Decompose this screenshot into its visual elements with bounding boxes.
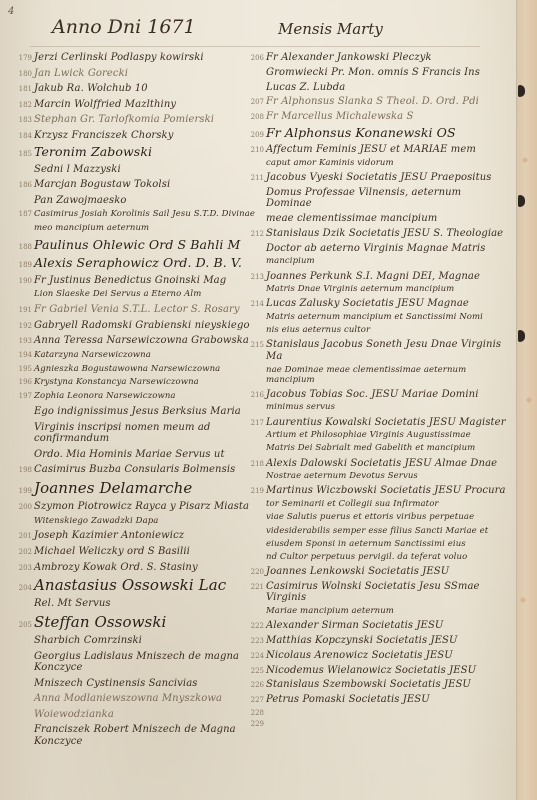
entry-text: Joannes Perkunk S.I. Magni DEI, Magnae (266, 271, 480, 283)
register-entry: 188Paulinus Ohlewic Ord S Bahli M (14, 238, 259, 252)
entry-text: Ambrozy Kowak Ord. S. Stasiny (34, 562, 198, 574)
register-entry: 182Marcin Wolffried Mazlthiny (14, 99, 259, 111)
register-entry: Ego indignissimus Jesus Berksius Maria (14, 406, 259, 418)
entry-number: 198 (14, 466, 32, 474)
entry-text: Georgius Ladislaus Mniszech de magna Kon… (34, 651, 259, 674)
entry-number: 187 (14, 210, 32, 218)
register-entry: Mniszech Cystinensis Sancivias (14, 678, 259, 690)
entry-number: 197 (14, 392, 32, 400)
entry-number: 212 (246, 230, 264, 238)
register-entry: Sedni l Mazzyski (14, 164, 259, 176)
entry-number: 196 (14, 378, 32, 386)
register-entry: Domus Professae Vilnensis, aeternum Domi… (246, 187, 506, 210)
entry-text: Marcjan Bogustaw Tokolsi (34, 179, 170, 191)
register-entry: 205Steffan Ossowski (14, 614, 259, 631)
register-entry: meae clementissimae mancipium (246, 213, 506, 225)
entry-number: 189 (14, 261, 32, 269)
entry-text: Petrus Pomaski Societatis JESU (266, 694, 430, 706)
register-entry: 209Fr Alphonsus Konanewski OS (246, 126, 506, 140)
register-entry: 185Teronim Zabowski (14, 145, 259, 159)
entry-number: 215 (246, 341, 264, 349)
register-entry: nis eius aeternus cultor (246, 326, 506, 336)
entry-text: Domus Professae Vilnensis, aeternum Domi… (266, 187, 506, 210)
entry-text: Gabryell Radomski Grabienski nieyskiego (34, 320, 250, 332)
entry-text: Ordo. Mia Hominis Mariae Servus ut (34, 449, 225, 461)
register-entry: caput amor Kaminis vidorum (246, 159, 506, 169)
entry-text: nae Dominae meae clementissimae aeternum… (266, 366, 506, 386)
page-header: Anno Dni 1671 Mensis Marty (0, 14, 500, 44)
entry-text: Jacobus Tobias Soc. JESU Mariae Domini (266, 389, 479, 401)
entry-text: Lucas Z. Lubda (266, 82, 345, 94)
register-entry: Matris Dnae Virginis aeternum mancipium (246, 285, 506, 295)
entry-text: Rel. Mt Servus (34, 598, 111, 610)
entry-number: 210 (246, 146, 264, 154)
entry-text: Nicolaus Arenowicz Societatis JESU (266, 650, 453, 662)
entry-number: 199 (14, 487, 32, 495)
entry-number: 203 (14, 564, 32, 572)
entry-text: Ego indignissimus Jesus Berksius Maria (34, 406, 241, 418)
register-entry: Pan Zawojmaesko (14, 195, 259, 207)
entry-text: Anna Modlaniewszowna Mnyszkowa (34, 693, 222, 705)
entry-text: Witenskiego Zawadzki Dapa (34, 517, 158, 527)
register-entry: Gromwiecki Pr. Mon. omnis S Francis Ins (246, 67, 506, 79)
entry-text: Agnieszka Bogustawowna Narsewiczowna (34, 365, 220, 375)
register-entry: Doctor ab aeterno Virginis Magnae Matris (246, 243, 506, 255)
register-entry: 214Lucas Zalusky Societatis JESU Magnae (246, 298, 506, 310)
entry-text: Szymon Piotrowicz Rayca y Pisarz Miasta (34, 501, 249, 513)
entry-text: Matris Dei Sabrialt med Gabelith et manc… (266, 444, 475, 454)
entry-text: Anastasius Ossowski Lac (34, 577, 226, 594)
register-entry: Mariae mancipium aeternum (246, 607, 506, 617)
entry-text: Fr Gabriel Venia S.T.L. Lector S. Rosary (34, 304, 240, 316)
entry-text: Matris Dnae Virginis aeternum mancipium (266, 285, 454, 295)
register-entry: 195Agnieszka Bogustawowna Narsewiczowna (14, 365, 259, 375)
entry-number: 191 (14, 306, 32, 314)
entry-text: Fr Marcellus Michalewska S (266, 111, 413, 123)
entry-text: Pan Zawojmaesko (34, 195, 127, 207)
header-rule (30, 46, 480, 47)
entry-number: 183 (14, 116, 32, 124)
register-entry: 213Joannes Perkunk S.I. Magni DEI, Magna… (246, 271, 506, 283)
entry-number: 214 (246, 300, 264, 308)
entry-text: caput amor Kaminis vidorum (266, 159, 394, 169)
manuscript-page: 4 Anno Dni 1671 Mensis Marty 179Jerzi Ce… (0, 0, 537, 800)
entry-text: Michael Weliczky ord S Basilii (34, 546, 190, 558)
entry-number: 195 (14, 365, 32, 373)
register-entry: tor Seminarii et Collegii sua Infirmator (246, 500, 506, 510)
register-entry: 208Fr Marcellus Michalewska S (246, 111, 506, 123)
register-entry: 226Stanislaus Szembowski Societatis JESU (246, 679, 506, 691)
entry-number: 200 (14, 503, 32, 511)
entry-text: Nostrae aeternum Devotus Servus (266, 472, 418, 482)
register-entry: 194Katarzyna Narsewiczowna (14, 351, 259, 361)
entry-text: minimus servus (266, 403, 335, 413)
register-entry: 225Nicodemus Wielanowicz Societatis JESU (246, 665, 506, 677)
entry-number: 229 (246, 720, 264, 728)
entry-text: Franciszek Robert Mniszech de Magna Konc… (34, 724, 259, 747)
entry-text: Martinus Wiczbowski Societatis JESU Proc… (266, 485, 506, 497)
right-column: 206Fr Alexander Jankowski PleczykGromwie… (246, 52, 506, 732)
register-entry: 201Joseph Kazimier Antoniewicz (14, 530, 259, 542)
register-entry: Matris aeternum mancipium et Sanctissimi… (246, 313, 506, 323)
entry-text: Lion Slaeske Dei Servus a Eterno Alm (34, 290, 201, 300)
entry-text: Virginis inscripsi nomen meum ad confirm… (34, 422, 259, 445)
entry-number: 217 (246, 419, 264, 427)
entry-text: Krystyna Konstancya Narsewiczowna (34, 378, 199, 388)
entry-number: 211 (246, 174, 264, 182)
entry-number: 224 (246, 652, 264, 660)
register-entry: nae Dominae meae clementissimae aeternum… (246, 366, 506, 386)
register-entry: Rel. Mt Servus (14, 598, 259, 610)
entry-text: Fr Alexander Jankowski Pleczyk (266, 52, 432, 64)
entry-number: 223 (246, 637, 264, 645)
entry-text: Casimirus Wolnski Societatis Jesu SSmae … (266, 581, 506, 604)
entry-number: 193 (14, 337, 32, 345)
entry-text: Stanislaus Dzik Societatis JESU S. Theol… (266, 228, 503, 240)
entry-number: 185 (14, 150, 32, 158)
entry-number: 216 (246, 391, 264, 399)
entry-number: 225 (246, 667, 264, 675)
register-entry: 197Zophia Leonora Narsewiczowna (14, 392, 259, 402)
register-entry: 192Gabryell Radomski Grabienski nieyskie… (14, 320, 259, 332)
register-entry: meo mancipium aeternum (14, 224, 259, 234)
entry-number: 184 (14, 132, 32, 140)
register-entry: 227Petrus Pomaski Societatis JESU (246, 694, 506, 706)
entry-number: 206 (246, 54, 264, 62)
entry-number: 186 (14, 181, 32, 189)
entry-text: Artium et Philosophiae Virginis Augustis… (266, 431, 471, 441)
entry-text: Casimirus Josiah Korolinis Sail Jesu S.T… (34, 210, 255, 220)
register-entry: Artium et Philosophiae Virginis Augustis… (246, 431, 506, 441)
entry-text: Lucas Zalusky Societatis JESU Magnae (266, 298, 469, 310)
entry-text: Casimirus Buzba Consularis Bolmensis (34, 464, 235, 476)
register-entry: 221Casimirus Wolnski Societatis Jesu SSm… (246, 581, 506, 604)
header-year: Anno Dni 1671 (52, 16, 196, 38)
register-entry: 220Joannes Lenkowski Societatis JESU (246, 566, 506, 578)
register-entry: 219Martinus Wiczbowski Societatis JESU P… (246, 485, 506, 497)
register-entry: 218Alexis Dalowski Societatis JESU Almae… (246, 458, 506, 470)
entry-text: Joseph Kazimier Antoniewicz (34, 530, 184, 542)
entry-text: Gromwiecki Pr. Mon. omnis S Francis Ins (266, 67, 480, 79)
entry-text: Joannes Delamarche (34, 480, 192, 497)
entry-number: 182 (14, 101, 32, 109)
register-entry: 203Ambrozy Kowak Ord. S. Stasiny (14, 562, 259, 574)
entry-text: Marcin Wolffried Mazlthiny (34, 99, 176, 111)
entry-text: Sedni l Mazzyski (34, 164, 121, 176)
register-entry: Virginis inscripsi nomen meum ad confirm… (14, 422, 259, 445)
entry-text: Steffan Ossowski (34, 614, 166, 631)
entry-text: Doctor ab aeterno Virginis Magnae Matris (266, 243, 485, 255)
register-entry: 206Fr Alexander Jankowski Pleczyk (246, 52, 506, 64)
entry-number: 192 (14, 322, 32, 330)
entry-text: Jan Lwick Gorecki (34, 68, 128, 80)
entry-text: viae Salutis puerus et ettoris viribus p… (266, 513, 474, 523)
register-entry: 204Anastasius Ossowski Lac (14, 577, 259, 594)
entry-text: Sharbich Comrzinski (34, 635, 142, 647)
entry-text: nd Cultor perpetuus pervigil. da teferat… (266, 553, 467, 563)
register-entry: videsiderabilis semper esse filius Sanct… (246, 527, 506, 537)
entry-number: 209 (246, 131, 264, 139)
entry-number: 181 (14, 85, 32, 93)
entry-number: 207 (246, 98, 264, 106)
register-entry: 183Stephan Gr. Tarlofkomia Pomierski (14, 114, 259, 126)
register-entry: minimus servus (246, 403, 506, 413)
register-entry: Ordo. Mia Hominis Mariae Servus ut (14, 449, 259, 461)
entry-text: Katarzyna Narsewiczowna (34, 351, 151, 361)
register-entry: 211Jacobus Vyeski Societatis JESU Praepo… (246, 172, 506, 184)
entry-number: 219 (246, 487, 264, 495)
register-entry: eiusdem Sponsi in aeternum Sanctissimi e… (246, 540, 506, 550)
entry-text: eiusdem Sponsi in aeternum Sanctissimi e… (266, 540, 466, 550)
entry-number: 218 (246, 460, 264, 468)
entry-text: Mniszech Cystinensis Sancivias (34, 678, 198, 690)
entry-text: Fr Justinus Benedictus Gnoinski Mag (34, 275, 226, 287)
entry-text: Jerzi Cerlinski Podlaspy kowirski (34, 52, 204, 64)
register-entry: 198Casimirus Buzba Consularis Bolmensis (14, 464, 259, 476)
entry-text: Matthias Kopczynski Societatis JESU (266, 635, 457, 647)
entry-text: Stanislaus Jacobus Soneth Jesu Dnae Virg… (266, 339, 506, 362)
entry-text: Fr Alphonsus Slanka S Theol. D. Ord. Pdi (266, 96, 479, 108)
header-month: Mensis Marty (278, 20, 383, 38)
register-entry: 184Krzysz Franciszek Chorsky (14, 130, 259, 142)
register-entry: viae Salutis puerus et ettoris viribus p… (246, 513, 506, 523)
register-entry: 212Stanislaus Dzik Societatis JESU S. Th… (246, 228, 506, 240)
register-entry: Witenskiego Zawadzki Dapa (14, 517, 259, 527)
register-entry: 196Krystyna Konstancya Narsewiczowna (14, 378, 259, 388)
entry-text: Laurentius Kowalski Societatis JESU Magi… (266, 417, 506, 429)
register-entry: Matris Dei Sabrialt med Gabelith et manc… (246, 444, 506, 454)
register-entry: 179Jerzi Cerlinski Podlaspy kowirski (14, 52, 259, 64)
entry-number: 202 (14, 548, 32, 556)
entry-text: meo mancipium aeternum (34, 224, 149, 234)
entry-number: 194 (14, 351, 32, 359)
entry-text: mancipium (266, 257, 315, 267)
entry-text: Alexander Sirman Societatis JESU (266, 620, 443, 632)
register-entry: Anna Modlaniewszowna Mnyszkowa (14, 693, 259, 705)
register-entry: 224Nicolaus Arenowicz Societatis JESU (246, 650, 506, 662)
entry-number: 213 (246, 273, 264, 281)
register-entry: 217Laurentius Kowalski Societatis JESU M… (246, 417, 506, 429)
register-entry: 202Michael Weliczky ord S Basilii (14, 546, 259, 558)
entry-text: Alexis Seraphowicz Ord. D. B. V. (34, 256, 242, 270)
register-entry: Lucas Z. Lubda (246, 82, 506, 94)
entry-number: 190 (14, 277, 32, 285)
register-entry: mancipium (246, 257, 506, 267)
entry-number: 220 (246, 568, 264, 576)
register-entry: 189Alexis Seraphowicz Ord. D. B. V. (14, 256, 259, 270)
entry-number: 227 (246, 696, 264, 704)
register-entry: 187Casimirus Josiah Korolinis Sail Jesu … (14, 210, 259, 220)
register-entry: 215Stanislaus Jacobus Soneth Jesu Dnae V… (246, 339, 506, 362)
entry-text: Paulinus Ohlewic Ord S Bahli M (34, 238, 240, 252)
entry-text: Fr Alphonsus Konanewski OS (266, 126, 456, 140)
register-entry: Nostrae aeternum Devotus Servus (246, 472, 506, 482)
register-entry: 228 (246, 709, 506, 717)
entry-text: Jakub Ra. Wolchub 10 (34, 83, 148, 95)
register-entry: 210Affectum Feminis JESU et MARIAE mem (246, 144, 506, 156)
entry-text: Joannes Lenkowski Societatis JESU (266, 566, 449, 578)
register-entry: 181Jakub Ra. Wolchub 10 (14, 83, 259, 95)
register-entry: 222Alexander Sirman Societatis JESU (246, 620, 506, 632)
entry-number: 179 (14, 54, 32, 62)
entry-text: Jacobus Vyeski Societatis JESU Praeposit… (266, 172, 492, 184)
register-entry: 180Jan Lwick Gorecki (14, 68, 259, 80)
register-entry: 199Joannes Delamarche (14, 480, 259, 497)
left-column: 179Jerzi Cerlinski Podlaspy kowirski180J… (14, 52, 259, 751)
register-entry: Sharbich Comrzinski (14, 635, 259, 647)
entry-text: videsiderabilis semper esse filius Sanct… (266, 527, 488, 537)
register-entry: 229 (246, 720, 506, 728)
register-entry: 190Fr Justinus Benedictus Gnoinski Mag (14, 275, 259, 287)
entry-text: Zophia Leonora Narsewiczowna (34, 392, 176, 402)
entry-text: Matris aeternum mancipium et Sanctissimi… (266, 313, 483, 323)
register-entry: 223Matthias Kopczynski Societatis JESU (246, 635, 506, 647)
register-entry: Georgius Ladislaus Mniszech de magna Kon… (14, 651, 259, 674)
entry-number: 222 (246, 622, 264, 630)
register-entry: Franciszek Robert Mniszech de Magna Konc… (14, 724, 259, 747)
entry-text: tor Seminarii et Collegii sua Infirmator (266, 500, 439, 510)
register-entry: Woiewodzianka (14, 709, 259, 721)
entry-number: 208 (246, 113, 264, 121)
entry-number: 204 (14, 584, 32, 592)
entry-number: 188 (14, 243, 32, 251)
entry-text: Stephan Gr. Tarlofkomia Pomierski (34, 114, 214, 126)
register-entry: 216Jacobus Tobias Soc. JESU Mariae Domin… (246, 389, 506, 401)
entry-text: Anna Teressa Narsewiczowna Grabowska (34, 335, 249, 347)
entry-text: Woiewodzianka (34, 709, 114, 721)
entry-number: 228 (246, 709, 264, 717)
entry-text: Teronim Zabowski (34, 145, 152, 159)
register-entry: 191Fr Gabriel Venia S.T.L. Lector S. Ros… (14, 304, 259, 316)
register-entry: 193Anna Teressa Narsewiczowna Grabowska (14, 335, 259, 347)
entry-number: 180 (14, 70, 32, 78)
entry-number: 201 (14, 532, 32, 540)
entry-number: 205 (14, 621, 32, 629)
entry-text: Alexis Dalowski Societatis JESU Almae Dn… (266, 458, 497, 470)
register-entry: 207Fr Alphonsus Slanka S Theol. D. Ord. … (246, 96, 506, 108)
page-edge-foxing (516, 0, 537, 800)
entry-text: Krzysz Franciszek Chorsky (34, 130, 173, 142)
register-entry: Lion Slaeske Dei Servus a Eterno Alm (14, 290, 259, 300)
register-entry: nd Cultor perpetuus pervigil. da teferat… (246, 553, 506, 563)
entry-text: Affectum Feminis JESU et MARIAE mem (266, 144, 476, 156)
entry-number: 226 (246, 681, 264, 689)
register-entry: 186Marcjan Bogustaw Tokolsi (14, 179, 259, 191)
register-entry: 200Szymon Piotrowicz Rayca y Pisarz Mias… (14, 501, 259, 513)
entry-number: 221 (246, 583, 264, 591)
entry-text: Stanislaus Szembowski Societatis JESU (266, 679, 471, 691)
entry-text: Nicodemus Wielanowicz Societatis JESU (266, 665, 476, 677)
entry-text: Mariae mancipium aeternum (266, 607, 394, 617)
entry-text: meae clementissimae mancipium (266, 213, 437, 225)
entry-text: nis eius aeternus cultor (266, 326, 370, 336)
